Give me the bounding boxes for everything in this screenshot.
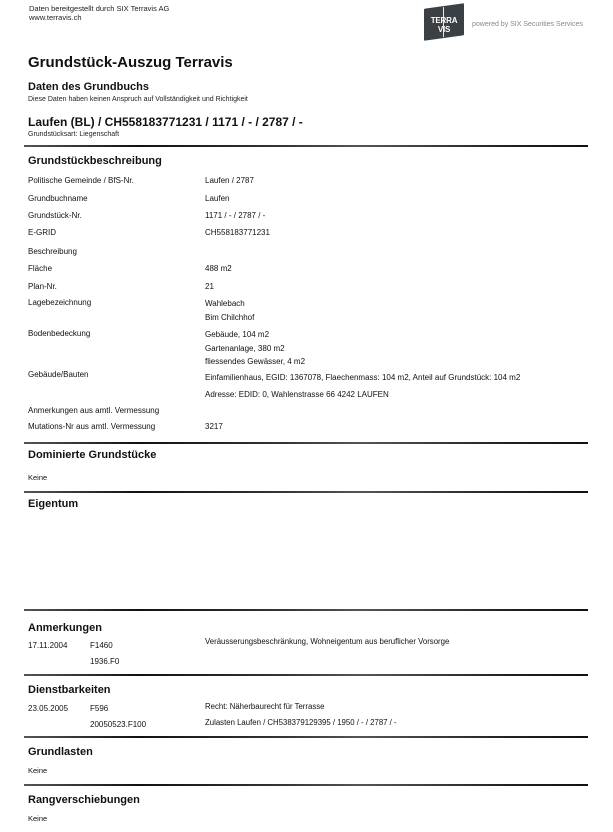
- rangverschiebungen-value: Keine: [28, 814, 47, 823]
- parcel-identifier: Laufen (BL) / CH558183771231 / 1171 / - …: [28, 115, 303, 129]
- field-value-line: CH558183771231: [205, 227, 270, 239]
- section-divider: [24, 609, 588, 611]
- field-value: Laufen / 2787: [205, 175, 254, 187]
- field-value-line: Wahlebach: [205, 297, 254, 311]
- anmerkung-date: 17.11.2004: [28, 641, 67, 650]
- dienstbarkeit-burden: Zulasten Laufen / CH538379129395 / 1950 …: [205, 715, 397, 731]
- field-label: E-GRID: [28, 228, 56, 237]
- document-title: Grundstück-Auszug Terravis: [28, 54, 233, 71]
- field-label: Mutations-Nr aus amtl. Vermessung: [28, 422, 155, 431]
- field-value-line: fliessendes Gewässer, 4 m2: [205, 355, 305, 369]
- anmerkung-code: 1936.F0: [90, 654, 119, 670]
- dienstbarkeit-date: 23.05.2005: [28, 704, 68, 713]
- provider-info: Daten bereitgestellt durch SIX Terravis …: [29, 4, 169, 22]
- dienstbarkeit-code: 20050523.F100: [90, 717, 146, 733]
- field-value: WahlebachBim Chilchhof: [205, 297, 254, 324]
- field-label: Bodenbedeckung: [28, 329, 90, 338]
- anmerkung-codes: F1460 1936.F0: [90, 638, 119, 670]
- dienstbarkeit-code: F596: [90, 701, 146, 717]
- dienstbarkeit-codes: F596 20050523.F100: [90, 701, 146, 733]
- provider-name: Daten bereitgestellt durch SIX Terravis …: [29, 4, 169, 13]
- field-value-line: Laufen / 2787: [205, 175, 254, 187]
- anmerkung-text: Veräusserungsbeschränkung, Wohneigentum …: [205, 634, 449, 650]
- dienstbarkeit-text: Recht: Näherbaurecht für Terrasse Zulast…: [205, 699, 397, 731]
- parcel-type: Grundstücksart: Liegenschaft: [28, 131, 119, 138]
- dominierte-value: Keine: [28, 473, 47, 482]
- field-value-line: 21: [205, 281, 214, 293]
- field-label: Beschreibung: [28, 247, 77, 256]
- section-divider: [24, 674, 588, 676]
- section-divider: [24, 736, 588, 738]
- logo-text: TERRA VIS: [424, 16, 464, 34]
- field-value: 21: [205, 281, 214, 293]
- section-heading-dominierte: Dominierte Grundstücke: [28, 449, 156, 461]
- field-label: Lagebezeichnung: [28, 298, 91, 307]
- field-value-line: 3217: [205, 421, 223, 433]
- field-value-line: 488 m2: [205, 263, 232, 275]
- field-value: CH558183771231: [205, 227, 270, 239]
- field-value-line: Gebäude, 104 m2: [205, 328, 305, 342]
- powered-by-text: powered by SIX Securities Services: [472, 21, 583, 28]
- document-subtitle: Daten des Grundbuchs: [28, 81, 149, 93]
- field-label: Fläche: [28, 264, 52, 273]
- provider-url[interactable]: www.terravis.ch: [29, 13, 169, 22]
- section-heading-beschreibung: Grundstückbeschreibung: [28, 155, 162, 167]
- field-value-line: Einfamilienhaus, EGID: 1367078, Flaechen…: [205, 369, 520, 386]
- section-heading-dienstbarkeiten: Dienstbarkeiten: [28, 684, 111, 696]
- field-value-line: Laufen: [205, 193, 229, 205]
- field-value-line: 1171 / - / 2787 / -: [205, 210, 265, 222]
- section-heading-rangverschiebungen: Rangverschiebungen: [28, 794, 140, 806]
- field-value: 3217: [205, 421, 223, 433]
- field-label: Grundstück-Nr.: [28, 211, 82, 220]
- section-divider: [24, 442, 588, 444]
- field-label: Politische Gemeinde / BfS-Nr.: [28, 176, 134, 185]
- field-value-line: Bim Chilchhof: [205, 311, 254, 325]
- field-value: 488 m2: [205, 263, 232, 275]
- section-divider: [24, 784, 588, 786]
- field-value: Gebäude, 104 m2Gartenanlage, 380 m2flies…: [205, 328, 305, 369]
- field-label: Gebäude/Bauten: [28, 370, 89, 379]
- section-divider: [24, 491, 588, 493]
- field-label: Anmerkungen aus amtl. Vermessung: [28, 406, 159, 415]
- section-heading-eigentum: Eigentum: [28, 498, 78, 510]
- disclaimer: Diese Daten haben keinen Anspruch auf Vo…: [28, 96, 248, 103]
- field-value-line: Gartenanlage, 380 m2: [205, 342, 305, 356]
- dienstbarkeit-right: Recht: Näherbaurecht für Terrasse: [205, 699, 397, 715]
- field-label: Plan-Nr.: [28, 282, 57, 291]
- grundlasten-value: Keine: [28, 766, 47, 775]
- section-heading-grundlasten: Grundlasten: [28, 746, 93, 758]
- terravis-logo: TERRA VIS: [424, 3, 464, 41]
- field-value: Einfamilienhaus, EGID: 1367078, Flaechen…: [205, 369, 520, 403]
- section-divider: [24, 145, 588, 147]
- anmerkung-code: F1460: [90, 638, 119, 654]
- document-page: Daten bereitgestellt durch SIX Terravis …: [0, 0, 613, 832]
- field-value: 1171 / - / 2787 / -: [205, 210, 265, 222]
- field-label: Grundbuchname: [28, 194, 88, 203]
- field-value: Laufen: [205, 193, 229, 205]
- field-value-line: Adresse: EDID: 0, Wahlenstrasse 66 4242 …: [205, 386, 520, 403]
- section-heading-anmerkungen: Anmerkungen: [28, 622, 102, 634]
